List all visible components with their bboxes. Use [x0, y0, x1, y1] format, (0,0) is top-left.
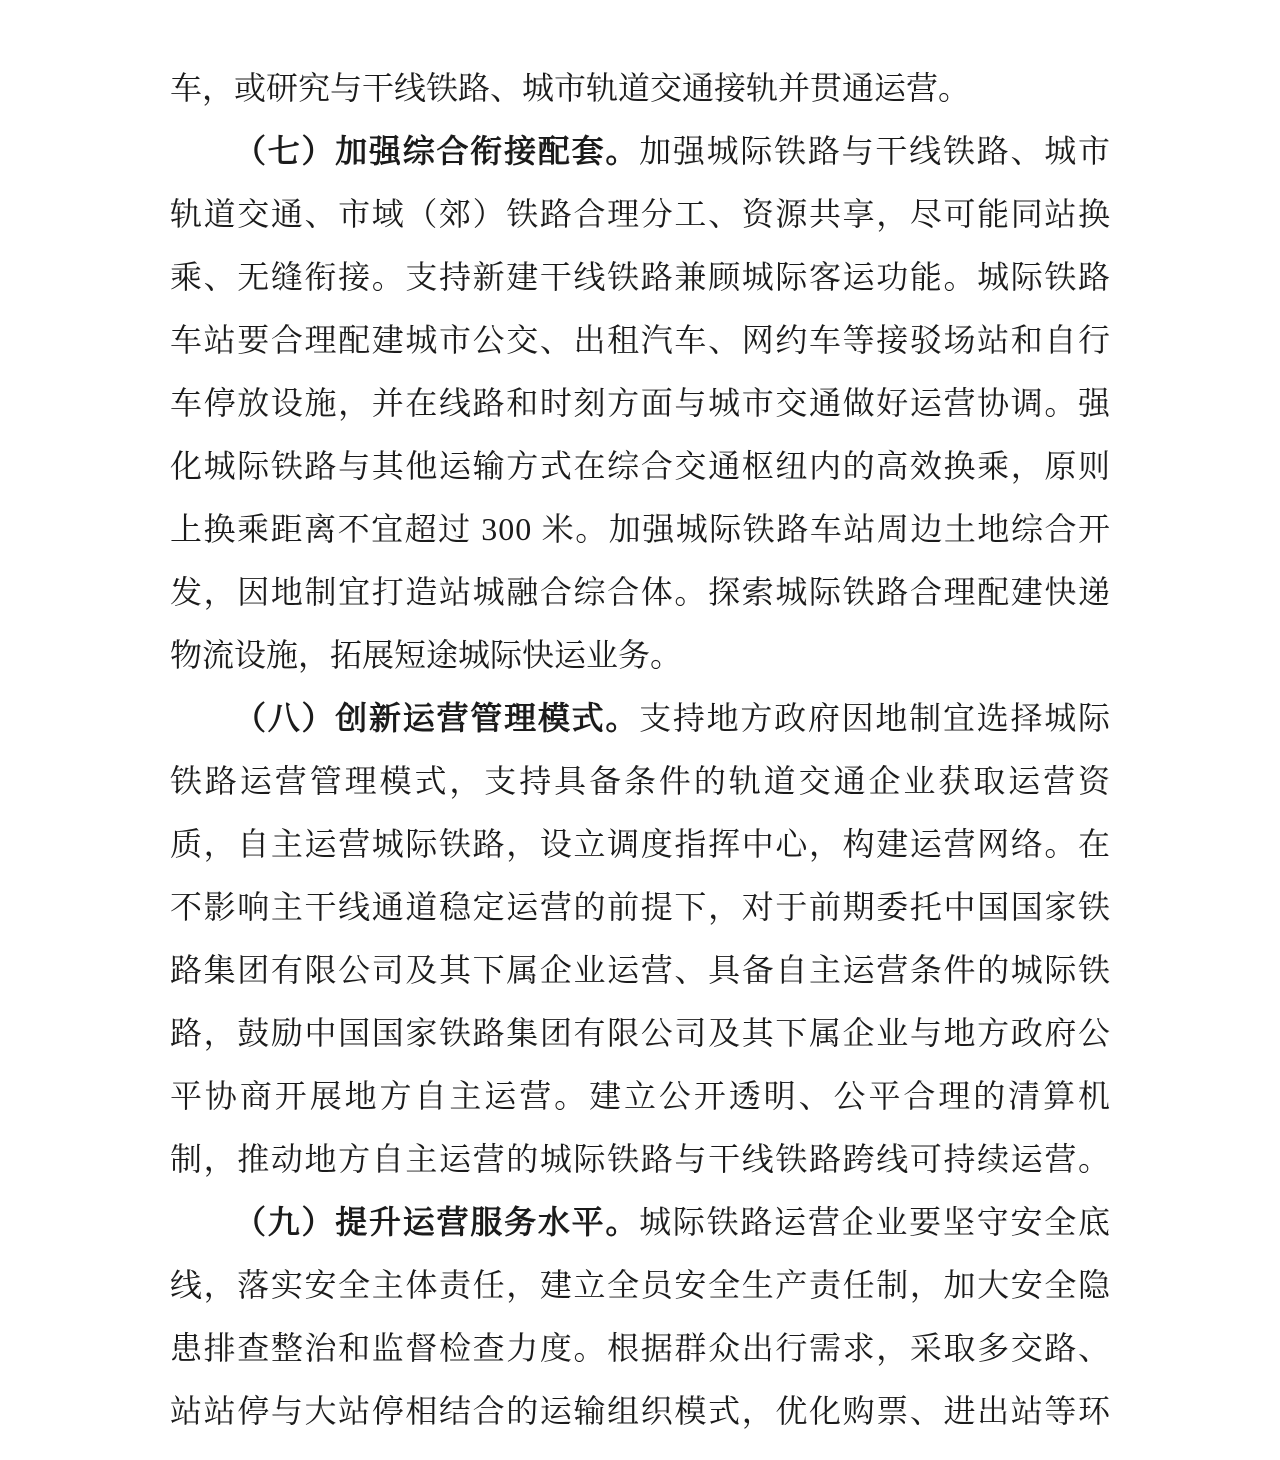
text-run: 上换乘距离不宜超过 [170, 511, 481, 547]
text-run: 化城际铁路与其他运输方式在综合交通枢纽内的高效换乘，原则 [170, 448, 1110, 484]
text-run: 患排查整治和监督检查力度。根据群众出行需求，采取多交路、 [170, 1330, 1110, 1366]
text-run: 路，鼓励中国国家铁路集团有限公司及其下属企业与地方政府公 [170, 1015, 1110, 1051]
section-heading: （九）提升运营服务水平。 [234, 1204, 639, 1240]
text-run: 米。加强城际铁路车站周边土地综合开 [532, 511, 1110, 547]
para-continuation: 车，或研究与干线铁路、城市轨道交通接轨并贯通运营。 [170, 57, 1110, 120]
text-line: 轨道交通、市域（郊）铁路合理分工、资源共享，尽可能同站换 [170, 183, 1110, 246]
para-7: （七）加强综合衔接配套。加强城际铁路与干线铁路、城市轨道交通、市域（郊）铁路合理… [170, 120, 1110, 687]
text-line: 平协商开展地方自主运营。建立公开透明、公平合理的清算机 [170, 1065, 1110, 1128]
section-heading: （八）创新运营管理模式。 [234, 700, 639, 736]
text-run: 线，落实安全主体责任，建立全员安全生产责任制，加大安全隐 [170, 1267, 1110, 1303]
document-page: 车，或研究与干线铁路、城市轨道交通接轨并贯通运营。（七）加强综合衔接配套。加强城… [0, 0, 1280, 1460]
text-line: 上换乘距离不宜超过 300 米。加强城际铁路车站周边土地综合开 [170, 498, 1110, 561]
text-line: 不影响主干线通道稳定运营的前提下，对于前期委托中国国家铁 [170, 876, 1110, 939]
text-run: 站站停与大站停相结合的运输组织模式，优化购票、进出站等环 [170, 1393, 1110, 1429]
text-run: 加强城际铁路与干线铁路、城市 [639, 133, 1110, 169]
text-run: 制，推动地方自主运营的城际铁路与干线铁路跨线可持续运营。 [170, 1141, 1110, 1177]
text-run: 轨道交通、市域（郊）铁路合理分工、资源共享，尽可能同站换 [170, 196, 1110, 232]
text-run: 铁路运营管理模式，支持具备条件的轨道交通企业获取运营资 [170, 763, 1110, 799]
text-run: 不影响主干线通道稳定运营的前提下，对于前期委托中国国家铁 [170, 889, 1110, 925]
text-line: 乘、无缝衔接。支持新建干线铁路兼顾城际客运功能。城际铁路 [170, 246, 1110, 309]
text-line: 路集团有限公司及其下属企业运营、具备自主运营条件的城际铁 [170, 939, 1110, 1002]
text-line: 质，自主运营城际铁路，设立调度指挥中心，构建运营网络。在 [170, 813, 1110, 876]
text-line: 站站停与大站停相结合的运输组织模式，优化购票、进出站等环 [170, 1380, 1110, 1443]
para-9: （九）提升运营服务水平。城际铁路运营企业要坚守安全底线，落实安全主体责任，建立全… [170, 1191, 1110, 1443]
text-line: 物流设施，拓展短途城际快运业务。 [170, 624, 1110, 687]
text-line: 车停放设施，并在线路和时刻方面与城市交通做好运营协调。强 [170, 372, 1110, 435]
text-line: 车，或研究与干线铁路、城市轨道交通接轨并贯通运营。 [170, 57, 1110, 120]
distance-value: 300 [481, 511, 532, 547]
text-run: 车站要合理配建城市公交、出租汽车、网约车等接驳场站和自行 [170, 322, 1110, 358]
text-run: 路集团有限公司及其下属企业运营、具备自主运营条件的城际铁 [170, 952, 1110, 988]
text-line: 制，推动地方自主运营的城际铁路与干线铁路跨线可持续运营。 [170, 1128, 1110, 1191]
text-line: （七）加强综合衔接配套。加强城际铁路与干线铁路、城市 [170, 120, 1110, 183]
text-line: （九）提升运营服务水平。城际铁路运营企业要坚守安全底 [170, 1191, 1110, 1254]
text-run: 平协商开展地方自主运营。建立公开透明、公平合理的清算机 [170, 1078, 1110, 1114]
text-run: 物流设施，拓展短途城际快运业务。 [170, 637, 682, 673]
text-line: 铁路运营管理模式，支持具备条件的轨道交通企业获取运营资 [170, 750, 1110, 813]
text-line: 路，鼓励中国国家铁路集团有限公司及其下属企业与地方政府公 [170, 1002, 1110, 1065]
text-run: 车，或研究与干线铁路、城市轨道交通接轨并贯通运营。 [170, 70, 970, 106]
text-line: 患排查整治和监督检查力度。根据群众出行需求，采取多交路、 [170, 1317, 1110, 1380]
text-line: 发，因地制宜打造站城融合综合体。探索城际铁路合理配建快递 [170, 561, 1110, 624]
text-line: 化城际铁路与其他运输方式在综合交通枢纽内的高效换乘，原则 [170, 435, 1110, 498]
text-run: 支持地方政府因地制宜选择城际 [639, 700, 1110, 736]
para-8: （八）创新运营管理模式。支持地方政府因地制宜选择城际铁路运营管理模式，支持具备条… [170, 687, 1110, 1191]
text-run: 城际铁路运营企业要坚守安全底 [639, 1204, 1110, 1240]
text-line: 车站要合理配建城市公交、出租汽车、网约车等接驳场站和自行 [170, 309, 1110, 372]
text-run: 发，因地制宜打造站城融合综合体。探索城际铁路合理配建快递 [170, 574, 1110, 610]
text-run: 乘、无缝衔接。支持新建干线铁路兼顾城际客运功能。城际铁路 [170, 259, 1110, 295]
text-line: （八）创新运营管理模式。支持地方政府因地制宜选择城际 [170, 687, 1110, 750]
section-heading: （七）加强综合衔接配套。 [234, 133, 639, 169]
text-line: 线，落实安全主体责任，建立全员安全生产责任制，加大安全隐 [170, 1254, 1110, 1317]
text-run: 质，自主运营城际铁路，设立调度指挥中心，构建运营网络。在 [170, 826, 1110, 862]
text-run: 车停放设施，并在线路和时刻方面与城市交通做好运营协调。强 [170, 385, 1110, 421]
